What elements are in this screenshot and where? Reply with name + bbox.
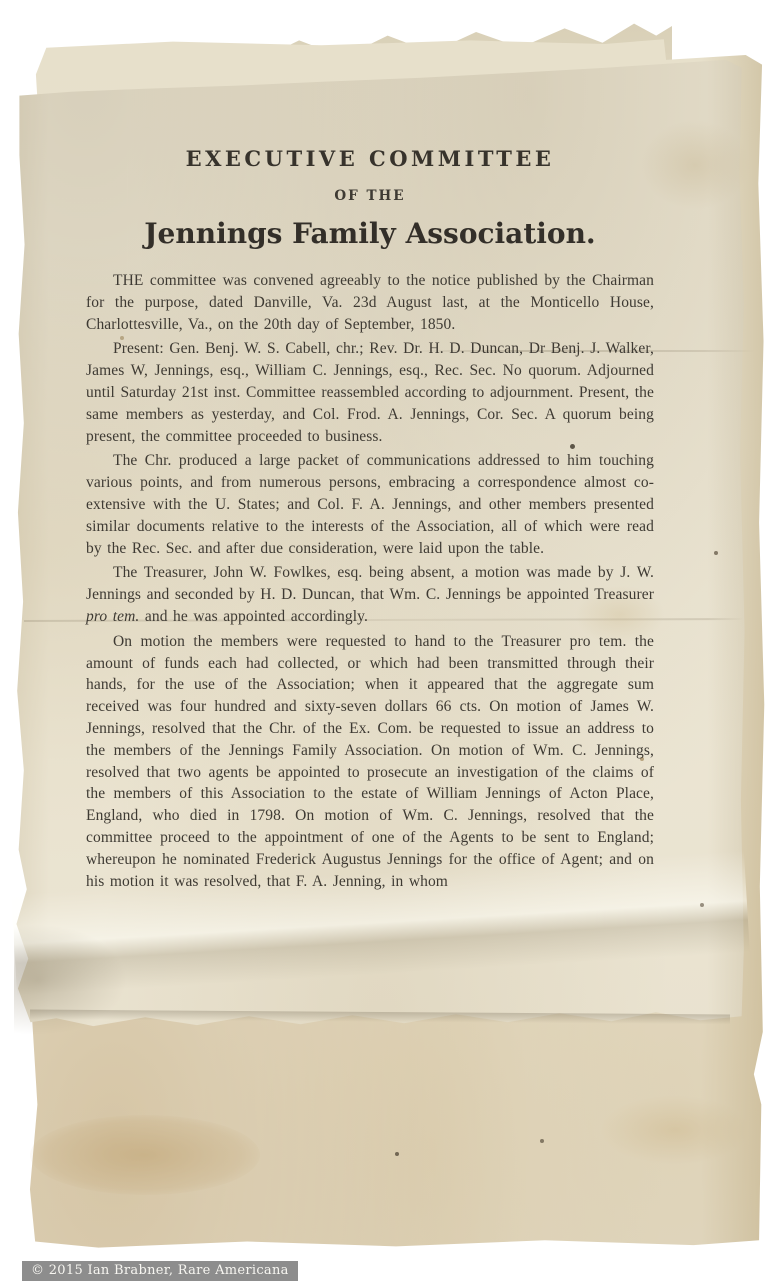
text-run: THE committee was convened agreeably to …	[86, 272, 654, 333]
document-paragraph: The Treasurer, John W. Fowlkes, esq. bei…	[86, 562, 654, 627]
document-title-line-1: EXECUTIVE COMMITTEE	[86, 146, 654, 171]
document-page-text: EXECUTIVE COMMITTEE OF THE Jennings Fami…	[86, 146, 654, 895]
text-run: On motion the members were requested to …	[86, 633, 654, 890]
text-run: The Chr. produced a large packet of comm…	[86, 452, 654, 556]
document-paragraph: The Chr. produced a large packet of comm…	[86, 450, 654, 559]
document-title-line-2: OF THE	[86, 188, 654, 204]
scanned-document-photo: EXECUTIVE COMMITTEE OF THE Jennings Fami…	[0, 0, 780, 1284]
document-title-line-3: Jennings Family Association.	[86, 217, 654, 250]
document-paragraph: Present: Gen. Benj. W. S. Cabell, chr.; …	[86, 338, 654, 447]
photo-credit-watermark: © 2015 Ian Brabner, Rare Americana	[22, 1261, 298, 1281]
document-paragraph: THE committee was convened agreeably to …	[86, 270, 654, 335]
text-run: and he was appointed accordingly.	[139, 608, 368, 625]
document-body: THE committee was convened agreeably to …	[86, 270, 654, 892]
text-run: Present: Gen. Benj. W. S. Cabell, chr.; …	[86, 340, 654, 444]
italic-text-run: pro tem.	[86, 608, 139, 625]
document-paragraph: On motion the members were requested to …	[86, 631, 654, 893]
text-run: The Treasurer, John W. Fowlkes, esq. bei…	[86, 564, 654, 603]
